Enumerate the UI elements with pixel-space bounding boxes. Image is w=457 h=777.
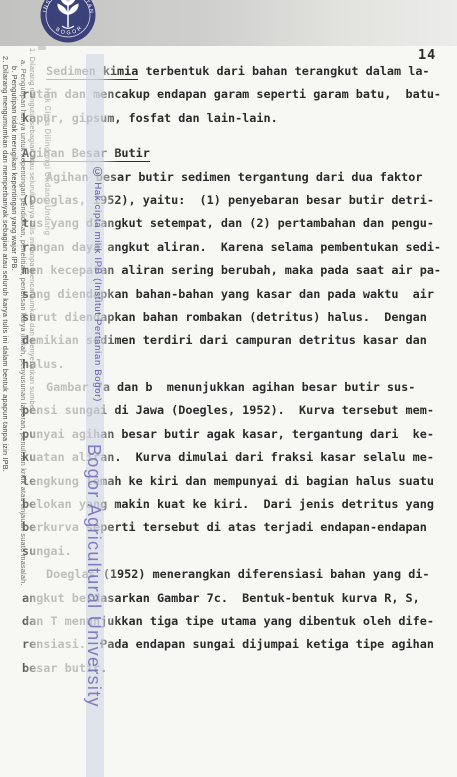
- text-segment: terbentuk dari bahan terangkut dalam la-: [138, 64, 429, 78]
- text-segment: (Doeglas, 1952), yaitu: (1) penyebaran b…: [22, 193, 434, 207]
- scan-ink-mark: [38, 46, 46, 50]
- text-segment: pensi sungai di Jawa (Doegles, 1952). Ku…: [22, 403, 434, 417]
- copyright-notice-2: a. Pengutipan hanya untuk kepentingan pe…: [19, 60, 28, 586]
- copyright-notice-0: 2. Dilarang mengumumkan dan memperbanyak…: [1, 56, 10, 472]
- text-segment: angkut berdasarkan Gambar 7c. Bentuk-ben…: [22, 591, 420, 605]
- copyright-notice-4: Hak Cipta Dilindungi Undang-Undang: [43, 88, 52, 236]
- text-segment: kapur, gipsum, fosfat dan lain-lain.: [22, 111, 278, 125]
- text-segment: rangan daya angkut aliran. Karena selama…: [22, 240, 441, 254]
- hak-cipta-watermark: © Hak cipta milik IPB (Institut Pertania…: [90, 164, 104, 402]
- text-segment: sungai.: [22, 544, 72, 558]
- university-watermark: Bogor Agricultural University: [83, 444, 105, 708]
- text-segment: demikian sedimen terdiri dari campuran d…: [22, 333, 427, 347]
- text-segment: tus yang diangkut setempat, dan (2) pert…: [22, 216, 434, 230]
- text-segment: rutan dan mencakup endapan garam seperti…: [22, 87, 441, 101]
- text-segment: sang diendapkan bahan-bahan yang kasar d…: [22, 287, 434, 301]
- text-segment: surut diendapkan bahan rombakan (detritu…: [22, 310, 427, 324]
- ipb-seal-icon: INSTITUT PERTANIAN BOGOR: [33, 0, 103, 50]
- text-segment: punyai agihan besar butir agak kasar, te…: [22, 427, 434, 441]
- copyright-notice-1: b. Pengutipan tidak merugikan kepentinga…: [10, 66, 19, 271]
- ipb-seal-logo: INSTITUT PERTANIAN BOGOR: [33, 0, 103, 50]
- copyright-icon: ©: [90, 164, 105, 179]
- copyright-notice-3: 1. Dilarang mengutip sebagian atau selur…: [28, 48, 37, 414]
- hak-cipta-watermark-text: Hak cipta milik IPB (Institut Pertanian …: [92, 182, 103, 402]
- text-segment: men kecepatan aliran sering berubah, mak…: [22, 263, 441, 277]
- document-page: INSTITUT PERTANIAN BOGOR 14 Sedimen kimi…: [0, 0, 457, 777]
